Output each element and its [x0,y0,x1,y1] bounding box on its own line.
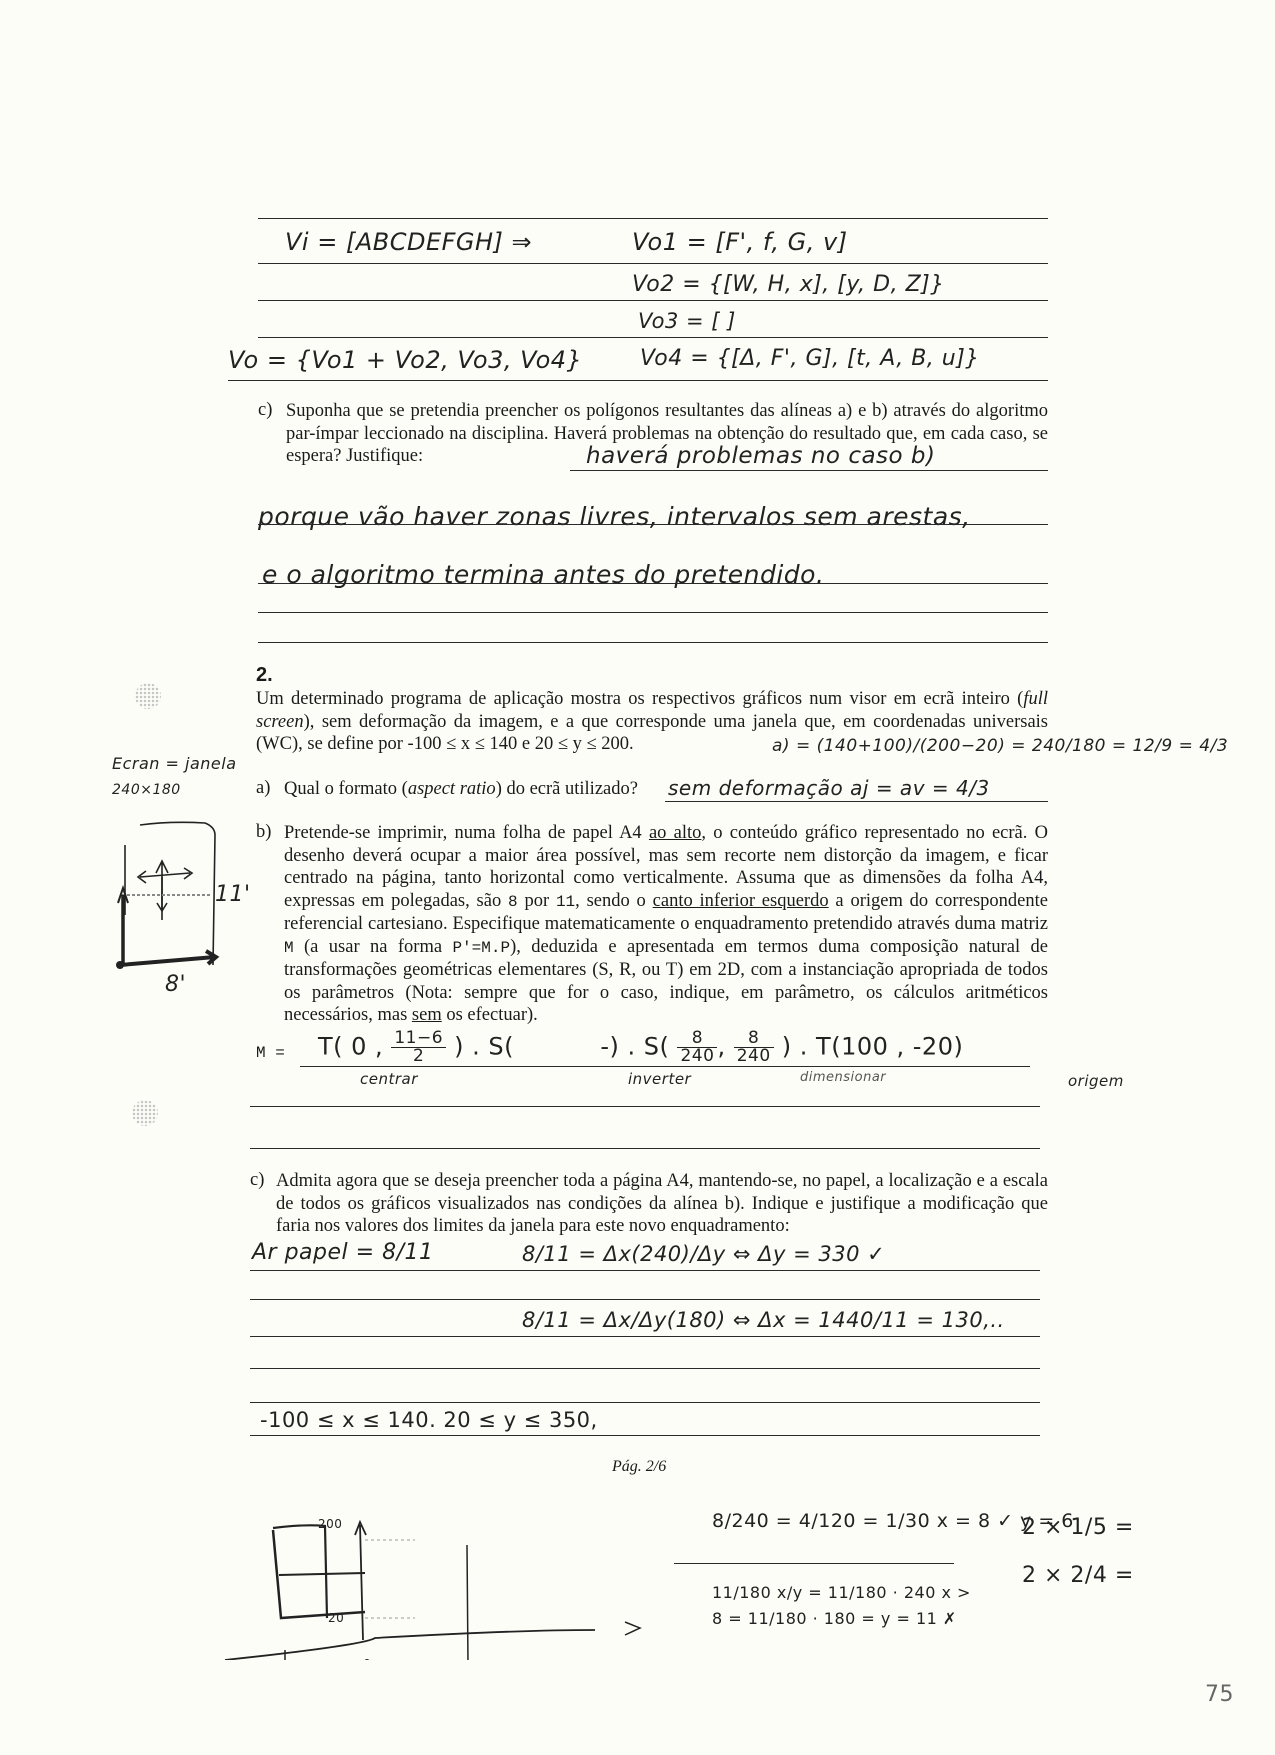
question-number: 2. [256,664,273,687]
annotation-inverter: inverter [628,1070,691,1088]
answer-rule [258,263,1048,264]
answer-1c-line2: porque vão haver zonas livres, intervalo… [258,502,971,531]
answer-rule [250,1106,1040,1107]
m: M [284,939,294,957]
sketch-label-20: 20 [328,1611,344,1625]
emphasis: aspect ratio [408,779,496,799]
handwritten-vo1: Vo1 = [F', f, G, v] [632,228,848,256]
t: (a usar na forma [294,937,453,957]
answer-2a: sem deformação aj = av = 4/3 [668,776,990,800]
matrix-answer: T( 0 , 11−62 ) . S( -) . S( 8240, 8240 )… [318,1030,963,1065]
answer-rule [250,1336,1040,1337]
scan-dot-icon [132,1100,158,1126]
annotation-dimensionar: dimensionar [800,1070,886,1085]
answer-rule [570,470,1048,471]
answer-1c-line3: e o algoritmo termina antes do pretendid… [262,560,824,589]
t: por [518,891,556,911]
den: 2 [391,1048,446,1065]
margin-note-ecran: Ecran = janela [112,754,237,773]
answer-rule [258,612,1048,613]
answer-2c-ar: Ar papel = 8/11 [252,1240,433,1265]
sketch-label-200: 200 [318,1517,342,1531]
answer-rule [250,1299,1040,1300]
text: ) do ecrã utilizado? [496,779,638,799]
annotation-origem: origem [1068,1072,1124,1090]
answer-rule [250,1435,1040,1436]
m: 11 [556,893,575,911]
question-2c-text: Admita agora que se deseja preencher tod… [276,1170,1048,1238]
fraction: 8240 [677,1030,717,1065]
item-label-2c: c) [250,1170,264,1191]
m: 8 [508,893,518,911]
answer-rule [258,300,1048,301]
scratch-calc3: 2 × 1/5 = [1022,1515,1134,1540]
answer-rule [258,218,1048,219]
answer-2c-eq1: 8/11 = Δx(240)/Δy ⇔ Δy = 330 ✓ [522,1242,885,1266]
margin-note-dims: 240×180 [112,782,181,798]
scratch-calc4: 2 × 2/4 = [1022,1563,1134,1588]
aspect-annotation: a) = (140+100)/(200−20) = 240/180 = 12/9… [772,736,1228,756]
sketch-height-label: 11' [215,882,251,907]
item-label-2a: a) [256,778,270,799]
t: Pretende-se imprimir, numa folha de pape… [284,823,649,843]
scratch-divider [674,1563,954,1564]
t: ) . S( [454,1033,514,1061]
answer-rule [258,337,1048,338]
fraction: 8240 [734,1030,774,1065]
intro-text: Um determinado programa de aplicação mos… [256,689,1023,709]
answer-rule [250,1270,1040,1271]
question-2b-text: Pretende-se imprimir, numa folha de pape… [284,822,1048,1027]
u: ao alto [649,823,701,843]
t: os efectuar). [442,1005,538,1025]
sketch-width-label: 8' [165,972,186,997]
answer-rule [665,801,1048,802]
item-label-2b: b) [256,822,271,843]
page-footer: Pág. 2/6 [612,1458,666,1476]
handwritten-vo: Vo = {Vo1 + Vo2, Vo3, Vo4} [228,346,582,374]
scratch-sketch [215,1500,655,1660]
den: 240 [677,1048,717,1065]
t: S( [644,1033,670,1061]
answer-rule [258,642,1048,643]
handwritten-vo4: Vo4 = {[Δ, F', G], [t, A, B, u]} [640,346,980,371]
handwritten-vo3: Vo3 = [ ] [638,309,736,333]
answer-2c-eq2: 8/11 = Δx/Δy(180) ⇔ Δx = 1440/11 = 130,.… [522,1308,1005,1332]
scratch-calc2: 11/180 x/y = 11/180 · 240 x > 8 = 11/180… [712,1580,972,1632]
scan-dot-icon [135,683,161,709]
page-corner-number: 75 [1205,1682,1234,1707]
answer-rule [300,1066,1030,1067]
answer-2c-result: -100 ≤ x ≤ 140. 20 ≤ y ≤ 350, [260,1408,598,1432]
t: ) . T(100 , -20) [782,1033,964,1061]
matrix-label: M = [256,1042,285,1064]
t: T( 0 , [318,1033,383,1061]
answer-rule [250,1148,1040,1149]
scratch-calc1: 8/240 = 4/120 = 1/30 x = 8 ✓ y = 6 [712,1510,1074,1532]
text: Qual o formato ( [284,779,408,799]
handwritten-vi: Vi = [ABCDEFGH] ⇒ [285,228,532,256]
handwritten-vo2: Vo2 = {[W, H, x], [y, D, Z]} [632,272,945,297]
den: 240 [734,1048,774,1065]
question-2a-text: Qual o formato (aspect ratio) do ecrã ut… [284,778,638,800]
answer-rule [228,380,1048,381]
t: , sendo o [575,891,653,911]
item-label-1c: c) [258,400,272,421]
t: -) . [600,1033,635,1061]
u: sem [412,1005,442,1025]
answer-rule [250,1368,1040,1369]
m: P'=M.P [452,939,510,957]
answer-rule [258,524,1048,525]
u: canto inferior esquerdo [653,891,829,911]
answer-rule [258,583,1048,584]
fraction: 11−62 [391,1030,446,1065]
answer-rule [250,1402,1040,1403]
answer-1c-line1: haverá problemas no caso b) [586,443,936,469]
annotation-centrar: centrar [360,1070,418,1088]
